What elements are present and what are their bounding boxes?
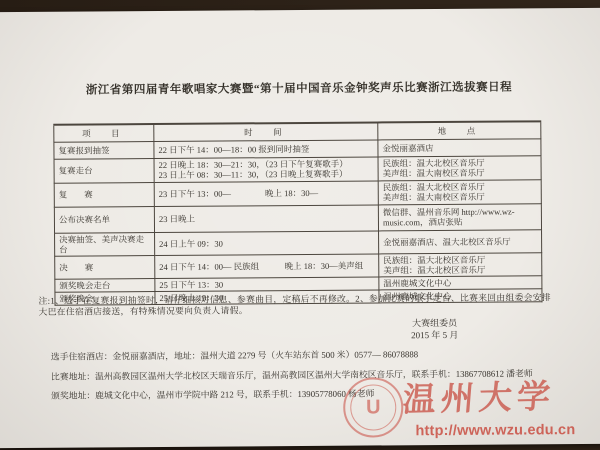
cell-place: 民族组：温大北校区音乐厅 美声组：温大南校区音乐厅 xyxy=(378,155,541,180)
cell-time: 23 日晚上 xyxy=(154,204,378,232)
cell-place: 温州鹿城文化中心 xyxy=(379,275,542,289)
column-header-place: 地 点 xyxy=(378,121,541,139)
column-header-item: 项 目 xyxy=(54,124,154,142)
cell-place: 民族组：温大北校区音乐厅 美声组：温大南校区音乐厅 xyxy=(378,179,541,204)
cell-place: 金悦丽嘉酒店 xyxy=(378,138,541,156)
contact-hotel: 选手住宿酒店：金悦丽嘉酒店，地址：温州大道 2279 号（火车站东首 500 米… xyxy=(51,346,591,363)
cell-item: 决赛抽签、美声决赛走台 xyxy=(55,232,155,256)
cell-item: 复 赛 xyxy=(54,182,154,207)
cell-item: 公布决赛名单 xyxy=(54,206,154,233)
cell-place: 金悦丽嘉酒店、温大北校区音乐厅 xyxy=(379,229,542,253)
cell-time: 22 日晚上 18：30—21：30，（23 日下午复赛歌手） 23 日上午 0… xyxy=(154,156,378,182)
cell-item: 决 赛 xyxy=(55,255,155,279)
column-header-time: 时 间 xyxy=(154,122,378,141)
table-row: 复赛走台 22 日晚上 18：30—21：30，（23 日下午复赛歌手） 23 … xyxy=(54,155,541,182)
table-row: 复 赛 23 日下午 13：00— 晚上 18：30— 民族组：温大北校区音乐厅… xyxy=(54,179,541,206)
contact-venue: 比赛地址：温州高教园区温州大学北校区天瑞音乐厅，温州高教园区温州大学南校区音乐厅… xyxy=(51,365,591,382)
signature-org: 大赛组委员 xyxy=(375,317,495,330)
schedule-table: 项 目 时 间 地 点 复赛报到抽签 22 日下午 14：00—18：00 报到… xyxy=(53,120,542,305)
table-row: 公布决赛名单 23 日晚上 微信群、温州音乐网 http://www.wz-mu… xyxy=(54,203,541,232)
contact-info: 选手住宿酒店：金悦丽嘉酒店，地址：温州大道 2279 号（火车站东首 500 米… xyxy=(51,346,591,408)
university-url-watermark: http://www.wzu.edu.cn xyxy=(415,422,600,439)
document-title: 浙江省第四届青年歌唱家大赛暨“第十届中国音乐金钟奖声乐比赛浙江选拔赛日程 xyxy=(0,78,600,98)
cell-item: 复赛报到抽签 xyxy=(54,141,154,159)
table-row: 决赛抽签、美声决赛走台 24 日上午 09：30 金悦丽嘉酒店、温大北校区音乐厅 xyxy=(55,229,542,255)
cell-time: 23 日下午 13：00— 晚上 18：30— xyxy=(154,180,378,206)
photo-of-schedule-document: { "title": "浙江省第四届青年歌唱家大赛暨“第十届中国音乐金钟奖声乐比… xyxy=(0,0,600,450)
cell-place: 微信群、温州音乐网 http://www.wz-music.com，酒店张贴 xyxy=(378,203,541,230)
cell-place: 民族组：温大北校区音乐厅 美声组：温大北校区音乐厅 xyxy=(379,252,542,276)
document-page: 浙江省第四届青年歌唱家大赛暨“第十届中国音乐金钟奖声乐比赛浙江选拔赛日程 项 目… xyxy=(0,8,600,448)
signature-date: 2015 年 5 月 xyxy=(375,329,495,342)
cell-time: 22 日下午 14：00—18：00 报到同时抽签 xyxy=(154,139,378,158)
table-row: 决 赛 24 日下午 14：00— 民族组 晚上 18：30—美声组 民族组：温… xyxy=(55,252,542,278)
cell-item: 复赛走台 xyxy=(54,158,154,183)
photo-background: 浙江省第四届青年歌唱家大赛暨“第十届中国音乐金钟奖声乐比赛浙江选拔赛日程 项 目… xyxy=(0,0,600,450)
cell-time: 24 日上午 09：30 xyxy=(155,230,379,255)
cell-time: 24 日下午 14：00— 民族组 晚上 18：30—美声组 xyxy=(155,253,379,278)
cell-item: 颁奖晚会走台 xyxy=(55,278,155,292)
signature-block: 大赛组委员 2015 年 5 月 xyxy=(375,317,495,342)
contact-award: 颁奖地址：鹿城文化中心，温州市学院中路 212 号，联系手机：139057780… xyxy=(51,385,591,402)
footnotes: 注:1、选手在复赛报到抽签时，请仔细核对信息、参赛曲目，定稿后不再修改。2、参加… xyxy=(38,292,558,317)
